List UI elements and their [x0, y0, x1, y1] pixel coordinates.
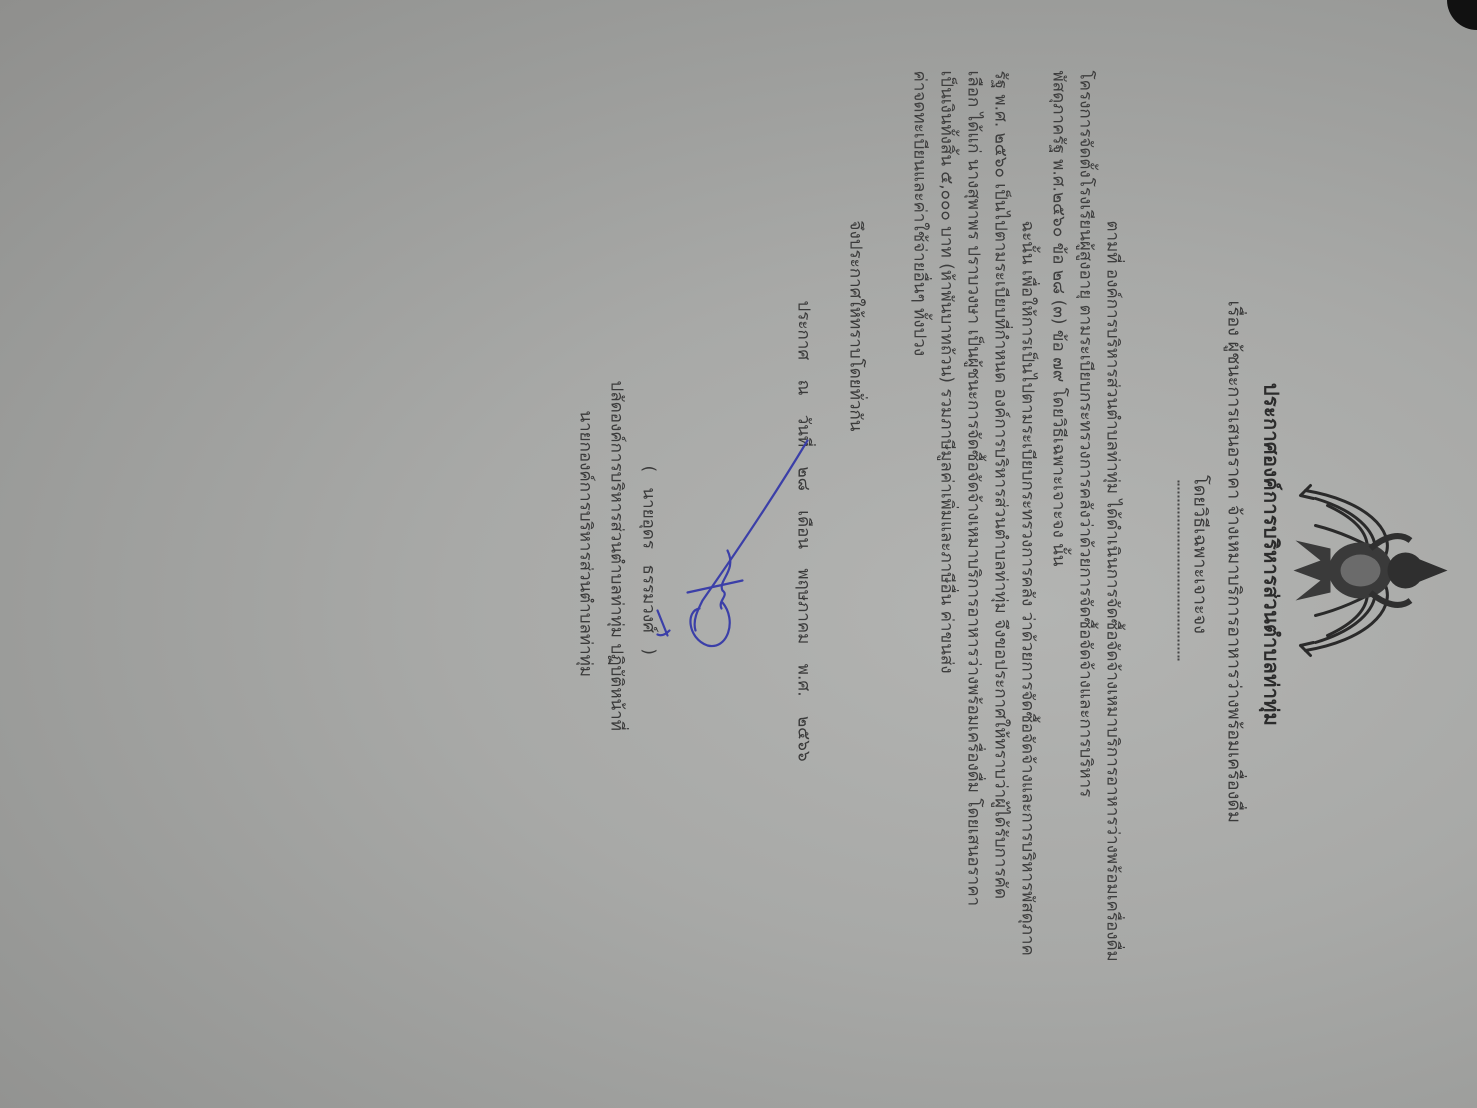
paragraph-line: เป็นเงินทั้งสิ้น ๕,๐๐๐ บาท (ห้าพันบาทถ้ว…: [932, 70, 959, 1070]
closing-statement: จึงประกาศให้ทราบโดยทั่วกัน: [842, 220, 869, 431]
paragraph-line: เลือก ได้แก่ นางสุพาพร ปราบวงษา เป็นผู้ช…: [959, 70, 986, 1070]
signatory-title: ปลัดองค์การบริหารส่วนตำบลท่าทุ่ม ปฏิบัติ…: [603, 380, 630, 730]
signatory-name: ( นายอุดร ธรรมวงศ์ ): [635, 465, 662, 654]
photo-background: ประกาศองค์การบริหารส่วนตำบลท่าทุ่ม เรื่อ…: [0, 0, 1477, 1108]
signatory-position: นายกองค์การบริหารส่วนตำบลท่าทุ่ม: [572, 410, 599, 677]
dotted-divider: [1177, 480, 1179, 660]
garuda-emblem-icon: [1290, 470, 1455, 670]
paragraph-line: พัสดุภาครัฐ พ.ศ.๒๕๖๐ ข้อ ๒๘ (๓) ข้อ ๗๙ โ…: [1044, 70, 1071, 1070]
announcement-document: ประกาศองค์การบริหารส่วนตำบลท่าทุ่ม เรื่อ…: [0, 0, 1477, 1108]
paragraph-background: ตามที่ องค์การบริหารส่วนตำบลท่าทุ่ม ได้ด…: [1044, 70, 1125, 1070]
paragraph-line: ฉะนั้น เพื่อให้การเป็นไปตามระเบียบกระทรว…: [1013, 70, 1040, 1070]
paragraph-line: ค่าจดทะเบียนและค่าใช้จ่ายอื่นๆ ทั้งปวง: [905, 70, 932, 1070]
procurement-method: โดยวิธีเฉพาะเจาะจง: [1186, 0, 1215, 1108]
paragraph-line: ตามที่ องค์การบริหารส่วนตำบลท่าทุ่ม ได้ด…: [1098, 70, 1125, 1070]
document-title: ประกาศองค์การบริหารส่วนตำบลท่าทุ่ม: [1255, 0, 1287, 1108]
paragraph-line: โครงการจัดตั้งโรงเรียนผู้สูงอายุ ตามระเบ…: [1071, 70, 1098, 1070]
document-subject: เรื่อง ผู้ชนะการเสนอราคา จ้างเหมาบริการอ…: [1220, 300, 1249, 822]
paragraph-announcement: ฉะนั้น เพื่อให้การเป็นไปตามระเบียบกระทรว…: [905, 70, 1040, 1070]
paragraph-line: รัฐ พ.ศ. ๒๕๖๐ เป็นไปตามระเบียบที่กำหนด อ…: [986, 70, 1013, 1070]
